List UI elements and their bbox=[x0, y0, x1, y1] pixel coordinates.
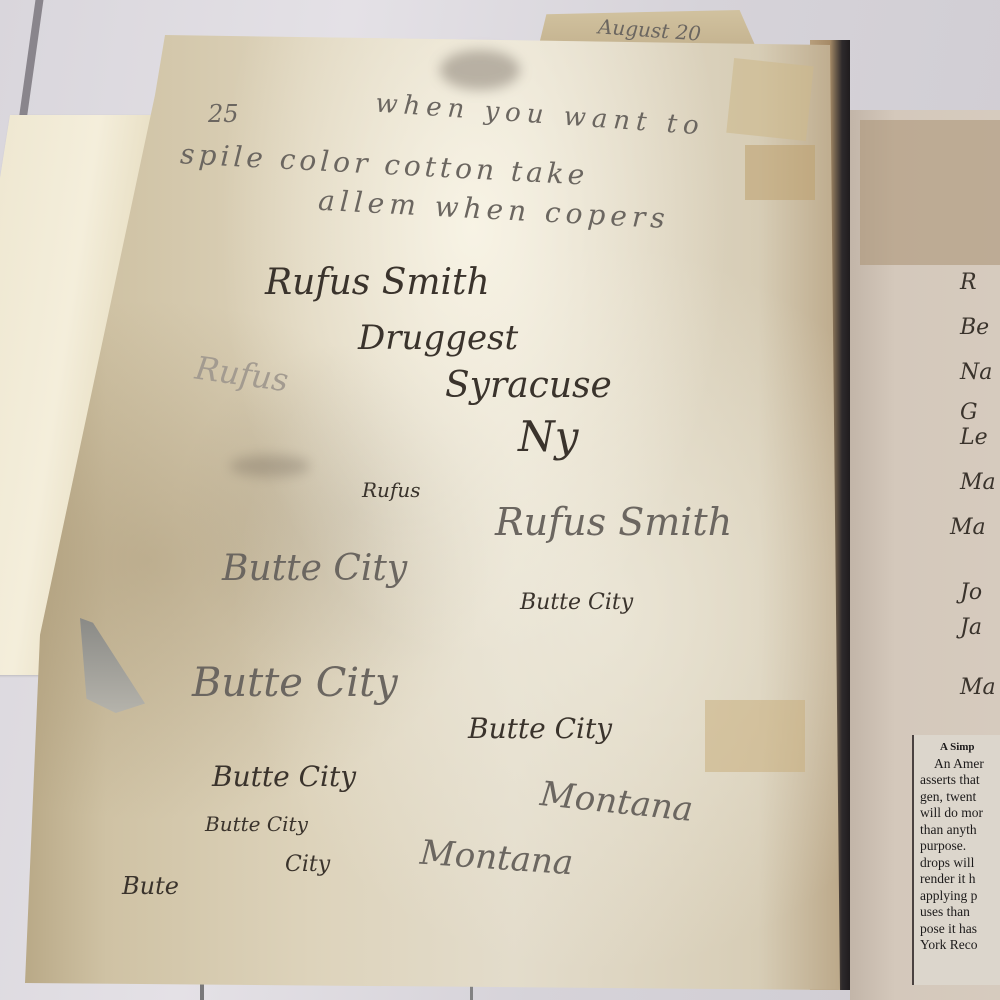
scribble: Butte City bbox=[222, 548, 407, 589]
tape-piece bbox=[705, 700, 805, 772]
clipping-line: York Reco bbox=[920, 937, 1000, 954]
right-page-text: Ma bbox=[960, 675, 996, 700]
right-page-text: Le bbox=[960, 425, 988, 450]
right-page-text: Ja bbox=[960, 615, 982, 640]
signature-city: Syracuse bbox=[445, 365, 612, 406]
clipping-line: gen, twent bbox=[920, 789, 1000, 806]
right-page-text: Ma bbox=[950, 515, 986, 540]
clipping-line: will do mor bbox=[920, 805, 1000, 822]
signature-name: Rufus Smith bbox=[265, 262, 490, 303]
right-page-text: G bbox=[960, 400, 978, 425]
tape-piece bbox=[745, 145, 815, 200]
right-page-text: Be bbox=[960, 315, 989, 340]
right-page-text: R bbox=[960, 270, 977, 295]
scribble: Butte City bbox=[205, 812, 308, 836]
scribble: Butte City bbox=[212, 760, 356, 793]
right-page-text: Jo bbox=[960, 580, 982, 605]
scribble: City bbox=[285, 852, 330, 877]
clipping-line: drops will bbox=[920, 855, 1000, 872]
clipping-line: render it h bbox=[920, 871, 1000, 888]
paper-patch bbox=[860, 120, 1000, 265]
newspaper-clipping: A Simp An Amer asserts that gen, twent w… bbox=[912, 735, 1000, 985]
signature-state: Ny bbox=[518, 412, 578, 461]
clipping-line: An Amer bbox=[920, 756, 1000, 773]
clipping-headline: A Simp bbox=[920, 739, 1000, 756]
scribble: Butte City bbox=[520, 590, 633, 615]
tape-piece bbox=[726, 58, 813, 141]
scribble: Butte City bbox=[192, 660, 398, 706]
scribble: Butte City bbox=[468, 712, 612, 745]
page-number: 25 bbox=[208, 100, 239, 128]
scribble: Rufus Smith bbox=[495, 500, 732, 544]
right-page-text: Na bbox=[960, 360, 992, 385]
right-page-text: Ma bbox=[960, 470, 996, 495]
clipping-line: pose it has bbox=[920, 921, 1000, 938]
signature-title: Druggest bbox=[358, 318, 518, 358]
ink-stain bbox=[230, 455, 310, 477]
clipping-line: asserts that bbox=[920, 772, 1000, 789]
clipping-line: applying p bbox=[920, 888, 1000, 905]
clipping-line: uses than bbox=[920, 904, 1000, 921]
scribble: Rufus bbox=[362, 478, 421, 502]
scribble: Bute bbox=[122, 872, 179, 900]
ink-stain bbox=[440, 50, 520, 90]
clipping-line: purpose. bbox=[920, 838, 1000, 855]
clipping-line: than anyth bbox=[920, 822, 1000, 839]
